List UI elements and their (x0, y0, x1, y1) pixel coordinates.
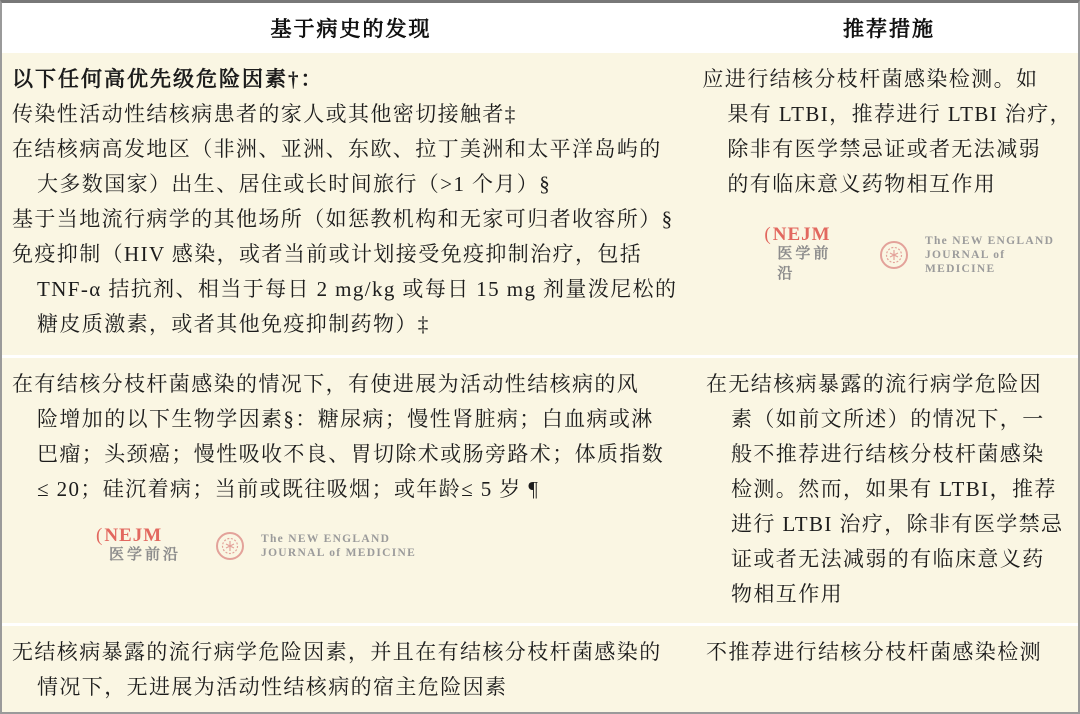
cell-text-line: 证或者无法减弱的有临床意义药 (706, 542, 1072, 577)
findings-cell-no-risk: 无结核病暴露的流行病学危险因素，并且在有结核分枝杆菌感染的 情况下，无进展为活动… (2, 626, 700, 712)
action-cell-not-recommended: 不推荐进行结核分枝杆菌感染检测 (700, 626, 1078, 712)
column-header-actions: 推荐措施 (700, 13, 1078, 43)
cell-text-line: 无结核病暴露的流行病学危险因素，并且在有结核分枝杆菌感染的 (12, 635, 696, 670)
cell-text-line: 在有结核分枝杆菌感染的情况下，有使进展为活动性结核病的风 (12, 367, 696, 402)
nejm-logo: NEJM 医学前沿 (96, 527, 181, 565)
cell-text-line: 以下任何高优先级危险因素†： (12, 62, 692, 97)
table-row: 以下任何高优先级危险因素†： 传染性活动性结核病患者的家人或其他密切接触者‡ 在… (2, 53, 1078, 355)
cell-text-line: 应进行结核分枝杆菌感染检测。如 (702, 62, 1072, 97)
action-cell-high-priority: 应进行结核分枝杆菌感染检测。如 果有 LTBI，推荐进行 LTBI 治疗， 除非… (696, 53, 1078, 355)
journal-line1: The NEW ENGLAND (261, 532, 416, 546)
cell-text-line: 传染性活动性结核病患者的家人或其他密切接触者‡ (12, 97, 692, 132)
nejm-logo-text: NEJM (96, 527, 181, 545)
nejm-watermark: NEJM 医学前沿 The NEW ENGLAND JOURNAL of MED… (764, 226, 1072, 284)
cell-text-line: 基于当地流行病学的其他场所（如惩教机构和无家可归者收容所）§ (12, 202, 692, 237)
action-cell-no-exposure: 在无结核病暴露的流行病学危险因 素（如前文所述）的情况下，一 般不推荐进行结核分… (700, 358, 1078, 623)
nejm-cn-label: 医学前沿 (777, 244, 845, 284)
cell-text-line: 情况下，无进展为活动性结核病的宿主危险因素 (12, 670, 696, 705)
cell-text-line: 不推荐进行结核分枝杆菌感染检测 (706, 635, 1072, 670)
nejm-logo-text: NEJM (764, 226, 845, 244)
guideline-table: 基于病史的发现 推荐措施 以下任何高优先级危险因素†： 传染性活动性结核病患者的… (0, 0, 1080, 714)
table-row: 在有结核分枝杆菌感染的情况下，有使进展为活动性结核病的风 险增加的以下生物学因素… (2, 355, 1078, 623)
cell-text-line: 除非有医学禁忌证或者无法减弱 (702, 132, 1072, 167)
findings-cell-high-priority: 以下任何高优先级危险因素†： 传染性活动性结核病患者的家人或其他密切接触者‡ 在… (2, 53, 696, 355)
nejm-journal-wordmark: The NEW ENGLAND JOURNAL of MEDICINE (261, 532, 416, 560)
nejm-seal-icon (215, 531, 245, 561)
cell-text-line: 进行 LTBI 治疗，除非有医学禁忌 (706, 507, 1072, 542)
cell-text-line: TNF-α 拮抗剂、相当于每日 2 mg/kg 或每日 15 mg 剂量泼尼松的 (12, 272, 692, 307)
journal-line2: JOURNAL of MEDICINE (261, 546, 416, 560)
cell-text-line: 免疫抑制（HIV 感染，或者当前或计划接受免疫抑制治疗，包括 (12, 237, 692, 272)
cell-text-line: 的有临床意义药物相互作用 (702, 167, 1072, 202)
cell-text-line: 大多数国家）出生、居住或长时间旅行（>1 个月）§ (12, 167, 692, 202)
cell-text-line: 素（如前文所述）的情况下，一 (706, 402, 1072, 437)
nejm-watermark: NEJM 医学前沿 The NEW ENGLAND JOURNAL of MED… (96, 527, 696, 565)
cell-text-line: 般不推荐进行结核分枝杆菌感染 (706, 437, 1072, 472)
nejm-cn-label: 医学前沿 (109, 545, 181, 565)
cell-text-line: 巴瘤；头颈癌；慢性吸收不良、胃切除术或肠旁路术；体质指数 (12, 437, 696, 472)
journal-line1: The NEW ENGLAND (925, 234, 1072, 248)
column-header-findings: 基于病史的发现 (2, 13, 700, 43)
cell-text-line: 险增加的以下生物学因素§：糖尿病；慢性肾脏病；白血病或淋 (12, 402, 696, 437)
cell-text-line: 果有 LTBI，推荐进行 LTBI 治疗， (702, 97, 1072, 132)
journal-line2: JOURNAL of MEDICINE (925, 248, 1072, 276)
cell-text-line: 检测。然而，如果有 LTBI，推荐 (706, 472, 1072, 507)
nejm-seal-icon (879, 240, 909, 270)
table-row: 无结核病暴露的流行病学危险因素，并且在有结核分枝杆菌感染的 情况下，无进展为活动… (2, 623, 1078, 712)
nejm-journal-wordmark: The NEW ENGLAND JOURNAL of MEDICINE (925, 234, 1072, 276)
cell-text-line: 糖皮质激素，或者其他免疫抑制药物）‡ (12, 307, 692, 342)
cell-text-line: ≤ 20；硅沉着病；当前或既往吸烟；或年龄≤ 5 岁 ¶ (12, 472, 696, 507)
table-header-row: 基于病史的发现 推荐措施 (2, 3, 1078, 53)
nejm-logo: NEJM 医学前沿 (764, 226, 845, 284)
cell-text-line: 在结核病高发地区（非洲、亚洲、东欧、拉丁美洲和太平洋岛屿的 (12, 132, 692, 167)
cell-text-line: 在无结核病暴露的流行病学危险因 (706, 367, 1072, 402)
cell-text-line: 物相互作用 (706, 577, 1072, 612)
findings-cell-biologic-factors: 在有结核分枝杆菌感染的情况下，有使进展为活动性结核病的风 险增加的以下生物学因素… (2, 358, 700, 623)
